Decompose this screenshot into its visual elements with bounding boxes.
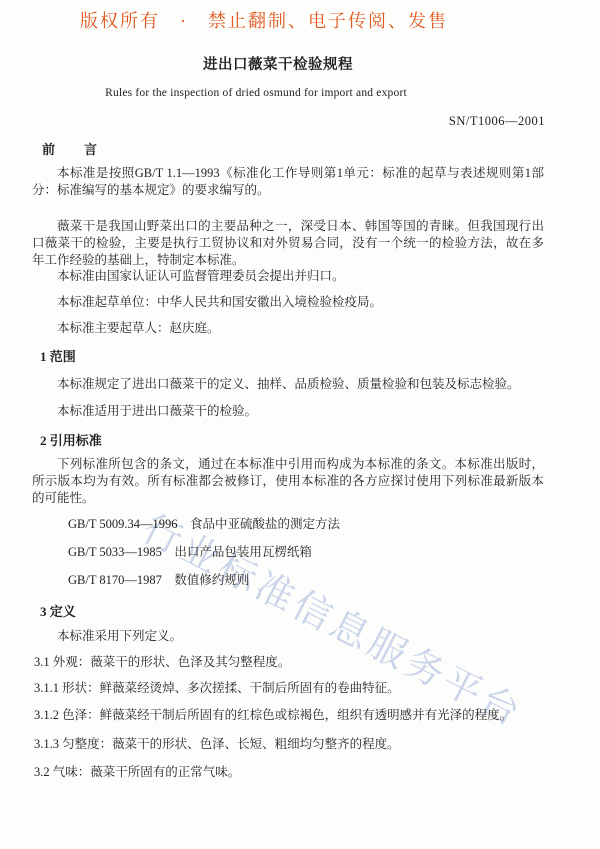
foreword-paragraph: 薇菜干是我国山野菜出口的主要品种之一，深受日本、韩国等国的青睐。但我国现行出口薇… (32, 218, 544, 269)
foreword-paragraph: 本标准由国家认证认可监督管理委员会提出并归口。 (32, 268, 544, 285)
section-heading-references: 2 引用标准 (32, 430, 552, 449)
definition-clause: 3.1.2 色泽：鲜薇菜经干制后所固有的红棕色或棕褐色，组织有透明感并有光泽的程… (32, 707, 546, 724)
reference-item: GB/T 8170—1987 数值修约规则 (32, 572, 580, 589)
standard-number: SN/T1006—2001 (449, 114, 545, 129)
definition-clause: 3.2 气味：薇菜干所固有的正常气味。 (32, 764, 546, 781)
scope-paragraph: 本标准规定了进出口薇菜干的定义、抽样、品质检验、质量检验和包装及标志检验。 (32, 376, 544, 393)
reference-item: GB/T 5009.34—1996 食品中亚硫酸盐的测定方法 (32, 516, 580, 533)
document-title-en: Rules for the inspection of dried osmund… (0, 87, 512, 99)
section-heading-definitions: 3 定义 (32, 601, 552, 620)
definition-clause: 3.1.1 形状：鲜薇菜经烫焯、多次搓揉、干制后所固有的卷曲特征。 (32, 680, 546, 697)
foreword-paragraph: 本标准起草单位：中华人民共和国安徽出入境检验检疫局。 (32, 294, 544, 311)
document-title-zh: 进出口薇菜干检验规程 (0, 53, 556, 74)
definition-clause: 3.1.3 匀整度：薇菜干的形状、色泽、长短、粗细均匀整齐的程度。 (32, 736, 546, 753)
copyright-notice: 版权所有 · 禁止翻制、电子传阅、发售 (0, 7, 528, 33)
references-intro: 下列标准所包含的条文，通过在本标准中引用而构成为本标准的条文。本标准出版时，所示… (32, 456, 544, 507)
definitions-intro: 本标准采用下列定义。 (32, 628, 544, 645)
scope-paragraph: 本标准适用于进出口薇菜干的检验。 (32, 403, 544, 420)
definition-clause: 3.1 外观：薇菜干的形状、色泽及其匀整程度。 (32, 654, 546, 671)
reference-item: GB/T 5033—1985 出口产品包装用瓦楞纸箱 (32, 544, 580, 561)
foreword-paragraph: 本标准主要起草人：赵庆庭。 (32, 320, 544, 337)
foreword-paragraph: 本标准是按照GB/T 1.1—1993《标准化工作导则第1单元：标准的起草与表述… (32, 165, 544, 199)
document-page: 行业标准信息服务平台 版权所有 · 禁止翻制、电子传阅、发售 进出口薇菜干检验规… (0, 0, 600, 849)
section-heading-scope: 1 范围 (32, 346, 552, 365)
foreword-heading: 前 言 (32, 139, 554, 158)
